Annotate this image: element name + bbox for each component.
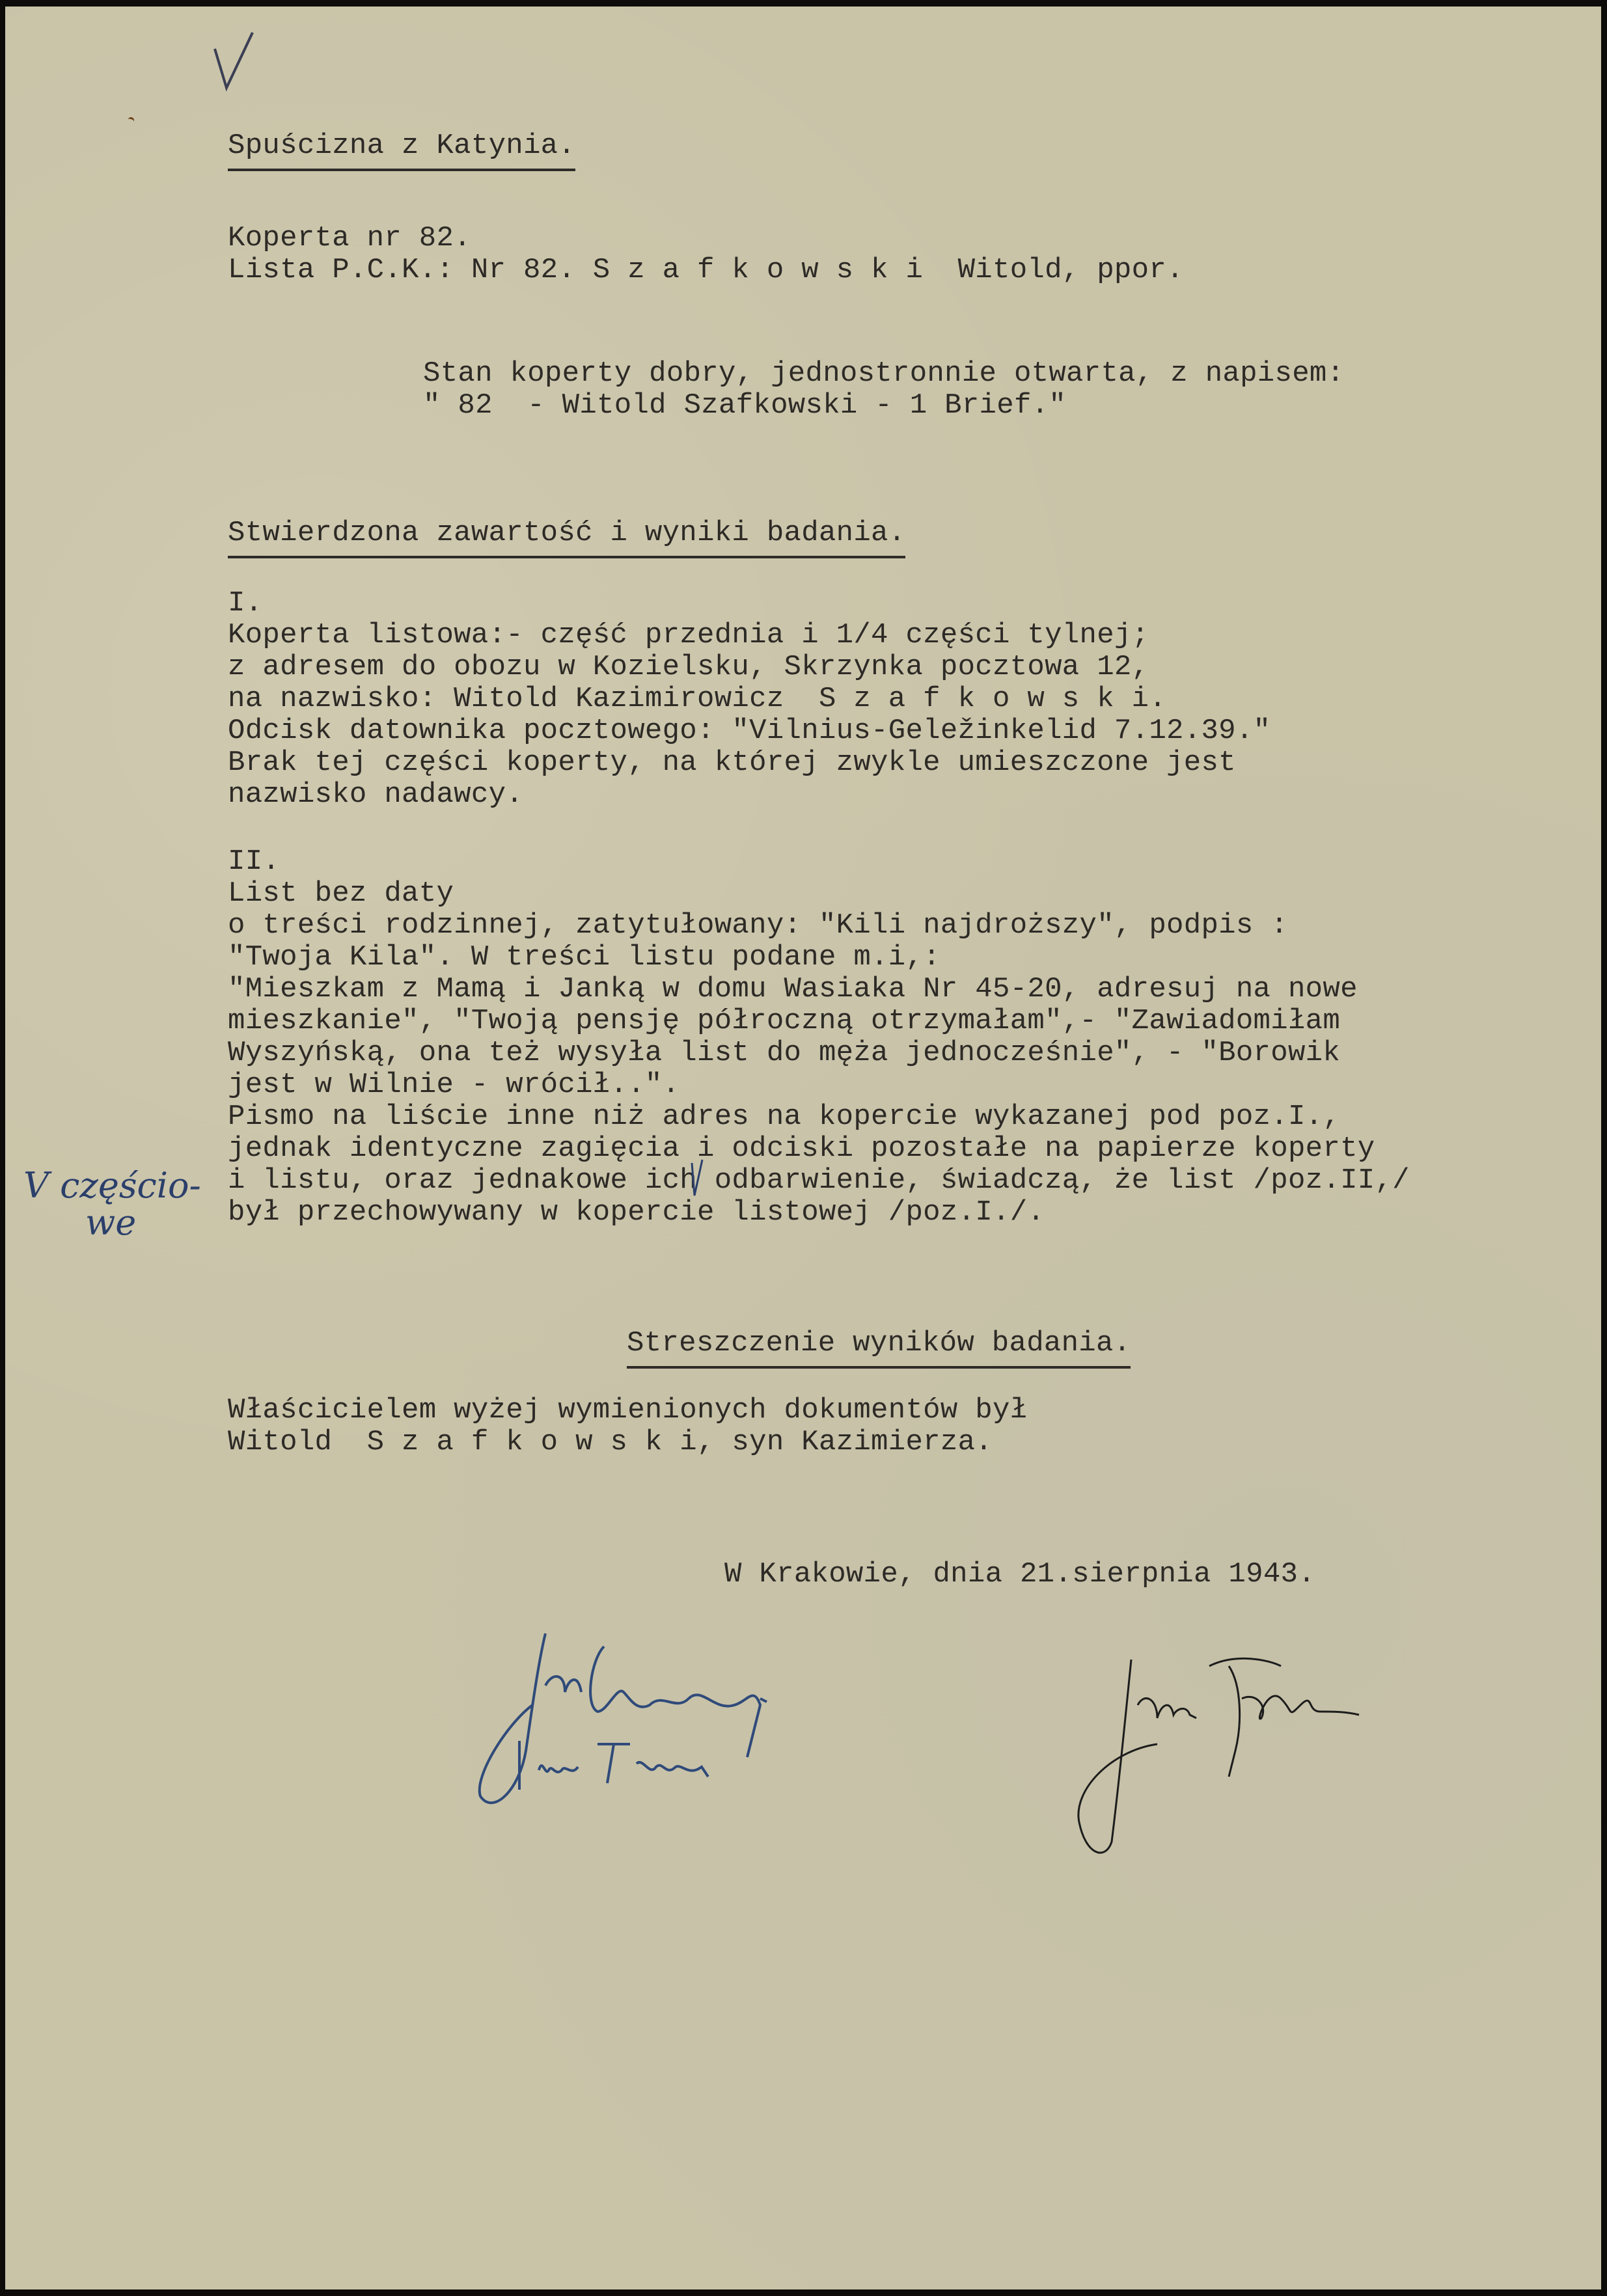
condition-line-2: " 82 - Witold Szafkowski - 1 Brief." [423, 390, 1066, 422]
item-1-line: Koperta listowa:- część przednia i 1/4 c… [228, 620, 1149, 651]
section-heading-findings: Stwierdzona zawartość i wyniki badania. [228, 517, 905, 558]
envelope-number: Koperta nr 82. [228, 223, 471, 254]
item-2-line: mieszkanie", "Twoją pensję półroczną otr… [228, 1005, 1340, 1037]
document-page: Spuścizna z Katynia. Koperta nr 82. List… [5, 7, 1601, 2289]
pck-list-line: Lista P.C.K.: Nr 82. S z a f k o w s k i… [228, 254, 1184, 286]
margin-note-line-1: V częścio- [23, 1165, 201, 1206]
margin-note: V częścio- we [23, 1165, 201, 1243]
summary-line: Witold S z a f k o w s k i, syn Kazimier… [228, 1427, 993, 1458]
item-2-line: Pismo na liście inne niż adres na koperc… [228, 1101, 1340, 1133]
item-2-line: jest w Wilnie - wrócił..". [228, 1069, 680, 1101]
item-2-line: jednak identyczne zagięcia i odciski poz… [228, 1133, 1375, 1165]
item-1-line: z adresem do obozu w Kozielsku, Skrzynka… [228, 651, 1149, 683]
item-1-line: na nazwisko: Witold Kazimirowicz S z a f… [228, 683, 1166, 715]
summary-line: Właścicielem wyżej wymienionych dokument… [228, 1395, 1027, 1427]
margin-note-line-2: we [23, 1202, 201, 1243]
place-and-date: W Krakowie, dnia 21.sierpnia 1943. [724, 1559, 1315, 1591]
item-1-label: I. [228, 588, 262, 620]
item-2-line: List bez daty [228, 878, 454, 910]
paper-speck [126, 116, 135, 126]
item-2-label: II. [228, 846, 280, 878]
item-2-line: "Mieszkam z Mamą i Janką w domu Wasiaka … [228, 974, 1358, 1005]
document-title: Spuścizna z Katynia. [228, 130, 575, 171]
item-2-line: "Twoja Kila". W treści listu podane m.i,… [228, 942, 941, 974]
item-2-line: i listu, oraz jednakowe ich odbarwienie,… [228, 1165, 1410, 1197]
condition-line-1: Stan koperty dobry, jednostronnie otwart… [423, 358, 1344, 390]
item-2-line: Wyszyńską, ona też wysyła list do męża j… [228, 1037, 1340, 1069]
item-2-line: był przechowywany w kopercie listowej /p… [228, 1197, 1045, 1229]
summary-heading: Streszczenie wyników badania. [627, 1328, 1131, 1369]
item-1-line: Odcisk datownika pocztowego: "Vilnius-Ge… [228, 715, 1270, 747]
item-1-line: Brak tej części koperty, na której zwykl… [228, 747, 1236, 779]
item-2-line: o treści rodzinnej, zatytułowany: "Kili … [228, 910, 1288, 942]
item-1-line: nazwisko nadawcy. [228, 779, 523, 811]
